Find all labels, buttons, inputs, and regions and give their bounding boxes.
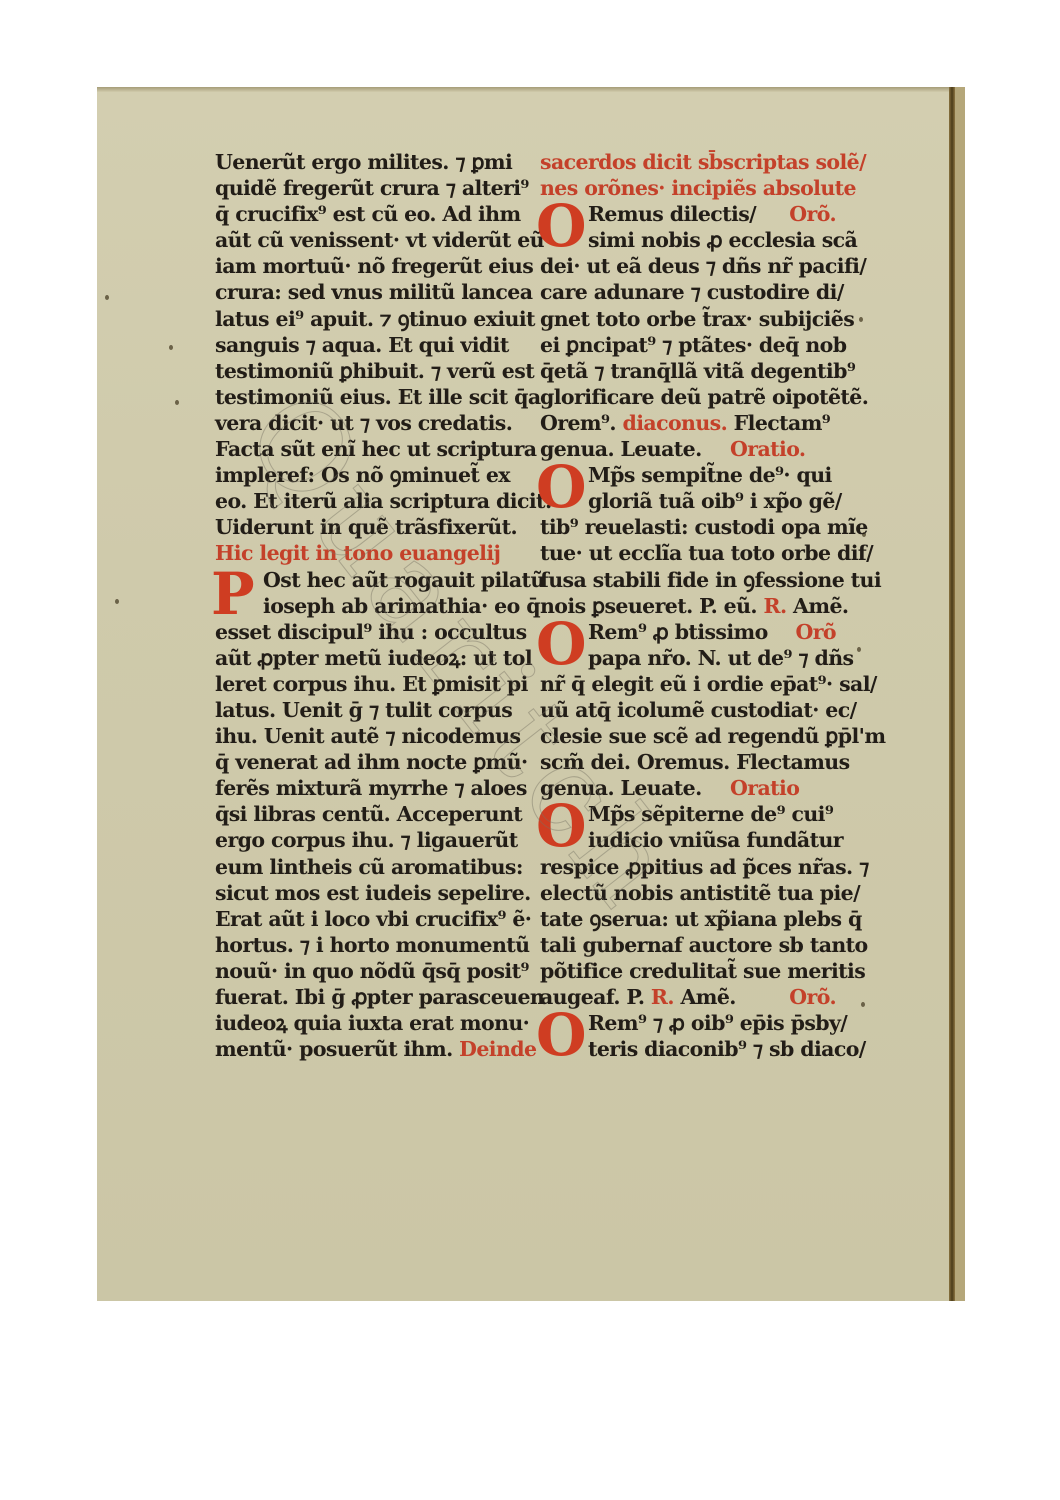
text-line: ioseph ab arimathia· eo q̄ <box>215 593 507 619</box>
text-line: nr̃ q̄ elegit eũ i ordie ep̄at⁹· sal/ <box>540 671 840 697</box>
text-line: eum lintheis cũ aromatibus: <box>215 854 507 880</box>
prayer-block: O Remus dilectis/Orõ. simi nobis ꝓ eccle… <box>540 201 840 462</box>
text-line: ergo corpus ihu. ⁊ ligauerũt <box>215 827 507 853</box>
text-line: quidẽ fregerũt crura ⁊ alteri⁹ <box>215 175 507 201</box>
text-line: testimoniũ eius. Et ille scit q̄a <box>215 384 507 410</box>
text-line: Erat aũt i loco vbi crucifix⁹ ẽ· <box>215 906 507 932</box>
text-line: tue· ut ecclĩa tua toto orbe dif/ <box>540 540 840 566</box>
text-line: aũt ꝓpter metũ iudeoꝝ: ut tol <box>215 645 507 671</box>
text-line: vera dicit· ut ⁊ vos credatis. <box>215 410 507 436</box>
text-line: Mp̃s sempit̃ne de⁹· qui <box>540 462 840 488</box>
text-line: esset discipul⁹ ihu : occultus <box>215 619 507 645</box>
rubric-oro: Orõ. <box>789 201 836 227</box>
rubric-oratio: Oratio <box>730 775 799 801</box>
text-line: impleref: Os nõ ꝯminuet̃ ex <box>215 462 507 488</box>
text-line: tali gubernaf auctore sb tanto <box>540 932 840 958</box>
rubric-oro: Orõ. <box>789 984 836 1010</box>
text-line: iam mortuũ· nõ fregerũt eius <box>215 253 507 279</box>
text-line: tib⁹ reuelasti: custodi opa mĩe <box>540 514 840 540</box>
text-span: Amẽ. <box>793 594 848 618</box>
binding-shadow <box>949 87 955 1301</box>
text-line: tate ꝯserua: ut xp̃iana plebs q̄ <box>540 906 840 932</box>
text-line: latus ei⁹ apuit. ⁊ ꝯtinuo exiuit <box>215 306 507 332</box>
text-line: fuerat. Ibi ḡ ꝓpter parasceuen <box>215 984 507 1010</box>
text-line: testimoniũ ꝑhibuit. ⁊ verũ est <box>215 358 507 384</box>
prayer-block: O Mp̃s sempit̃ne de⁹· qui gloriã tuã oib… <box>540 462 840 619</box>
text-line: Rem⁹ ꝓ btissimoOrõ <box>540 619 840 645</box>
text-line: care adunare ⁊ custodire di/ <box>540 279 840 305</box>
paper-speck <box>857 647 861 652</box>
text-line: Uiderunt in quẽ trãsfixerũt. <box>215 514 507 540</box>
text-line: mentũ· posuerũt ihm. Deinde <box>215 1036 507 1062</box>
rubric-response: R. <box>651 985 674 1009</box>
paper-speck <box>169 345 173 350</box>
text-line: Remus dilectis/Orõ. <box>540 201 840 227</box>
rubric-heading: Hic legit in tono euangelij <box>215 540 507 566</box>
text-line: Orem⁹. diaconus. Flectam⁹ <box>540 410 840 436</box>
text-span: Flectam⁹ <box>734 411 831 435</box>
text-line: latus. Uenit ḡ ⁊ tulit corpus <box>215 697 507 723</box>
text-line: q̄etã ⁊ tranq̄llã vitã degentib⁹ <box>540 358 840 384</box>
text-line: ei ꝑncipat⁹ ⁊ ptãtes· deq̄ nob <box>540 332 840 358</box>
text-line: q̄ crucifix⁹ est cũ eo. Ad ihm <box>215 201 507 227</box>
text-line: ferẽs mixturã myrrhe ⁊ aloes <box>215 775 507 801</box>
rubric-oro: Orõ <box>795 619 836 645</box>
paper-speck <box>861 1002 865 1007</box>
text-line: iudicio vniũsa fundãtur <box>540 827 840 853</box>
text-line: dei· ut eã deus ⁊ dñs nr̃ pacifi/ <box>540 253 840 279</box>
text-line: papa nr̃o. N. ut de⁹ ⁊ dñs <box>540 645 840 671</box>
text-line: fusa stabili fide in ꝯfessione tui <box>540 567 840 593</box>
rubric-oratio: Oratio. <box>730 436 805 462</box>
text-line: leret corpus ihu. Et ꝑmisit pi <box>215 671 507 697</box>
text-span: Orem⁹. <box>540 411 616 435</box>
text-line: electũ nobis antistitẽ tua pie/ <box>540 880 840 906</box>
text-line: gloriã tuã oib⁹ i xp̃o gẽ/ <box>540 488 840 514</box>
text-line: clesie sue scẽ ad regendũ ꝑp̄l'm <box>540 723 840 749</box>
rubric-header-line: sacerdos dicit sb̄scriptas solẽ/ <box>540 149 840 175</box>
text-span: Amẽ. <box>680 985 735 1009</box>
paper-speck <box>115 599 119 604</box>
text-line: Facta sũt enĩ hec ut scriptura <box>215 436 507 462</box>
paper-speck <box>105 295 109 300</box>
prayer-block: O Rem⁹ ⁊ ꝓ oib⁹ ep̄is p̄sby/ teris diaco… <box>540 1010 840 1062</box>
text-span: Rem⁹ ꝓ btissimo <box>588 620 768 644</box>
text-line: sicut mos est iudeis sepelire. <box>215 880 507 906</box>
text-line: Ost hec aũt rogauit pilatũ <box>215 567 507 593</box>
page-top-edge <box>97 87 965 92</box>
text-line: simi nobis ꝓ ecclesia scã <box>540 227 840 253</box>
left-column: Uenerũt ergo milites. ⁊ ꝑmi quidẽ freger… <box>215 149 507 1062</box>
text-line: q̄si libras centũ. Acceperunt <box>215 801 507 827</box>
text-span: mentũ· posuerũt ihm. <box>215 1037 453 1061</box>
prayer-block: O Mp̃s sẽpiterne de⁹ cui⁹ iudicio vniũsa… <box>540 801 840 1010</box>
text-line: nouũ· in quo nõdũ q̄sq̄ posit⁹ <box>215 958 507 984</box>
text-line: teris diaconib⁹ ⁊ sb diaco/ <box>540 1036 840 1062</box>
scanned-page: Uenerũt ergo milites. ⁊ ꝑmi quidẽ freger… <box>97 87 965 1301</box>
text-line: Rem⁹ ⁊ ꝓ oib⁹ ep̄is p̄sby/ <box>540 1010 840 1036</box>
text-line: glorificare deũ patrẽ oipotẽtẽ. <box>540 384 840 410</box>
right-column: sacerdos dicit sb̄scriptas solẽ/ nes orõ… <box>540 149 840 1062</box>
text-line: põtifice credulitat̃ sue meritis <box>540 958 840 984</box>
text-line: sanguis ⁊ aqua. Et qui vidit <box>215 332 507 358</box>
rubric-response: R. <box>764 594 787 618</box>
text-line: q̄ venerat ad ihm nocte ꝑmũ· <box>215 749 507 775</box>
text-line: crura: sed vnus militũ lancea <box>215 279 507 305</box>
gospel-paragraph: P Ost hec aũt rogauit pilatũ ioseph ab a… <box>215 567 507 1063</box>
text-line: gnet toto orbe t̃rax· subijciẽs <box>540 306 840 332</box>
text-line: ihu. Uenit autẽ ⁊ nicodemus <box>215 723 507 749</box>
prayer-block: O Rem⁹ ꝓ btissimoOrõ papa nr̃o. N. ut de… <box>540 619 840 802</box>
text-line: iudeoꝝ quia iuxta erat monu· <box>215 1010 507 1036</box>
paper-speck <box>859 317 863 322</box>
text-line: respice ꝓpitius ad p̃ces nr̃as. ⁊ <box>540 854 840 880</box>
text-line: uũ atq̄ icolumẽ custodiat· ec/ <box>540 697 840 723</box>
text-line: Uenerũt ergo milites. ⁊ ꝑmi <box>215 149 507 175</box>
binding-strip <box>955 87 965 1301</box>
text-line: aũt cũ venissent· vt viderũt eũ <box>215 227 507 253</box>
rubric-deinde: Deinde <box>459 1037 536 1061</box>
text-line: Mp̃s sẽpiterne de⁹ cui⁹ <box>540 801 840 827</box>
rubric-diaconus: diaconus. <box>622 411 727 435</box>
text-line: scm̃ dei. Oremus. Flectamus <box>540 749 840 775</box>
text-span: Remus dilectis/ <box>588 202 756 226</box>
paper-speck <box>175 400 179 405</box>
text-line: hortus. ⁊ i horto monumentũ <box>215 932 507 958</box>
text-line: eo. Et iterũ alia scriptura dicit: <box>215 488 507 514</box>
